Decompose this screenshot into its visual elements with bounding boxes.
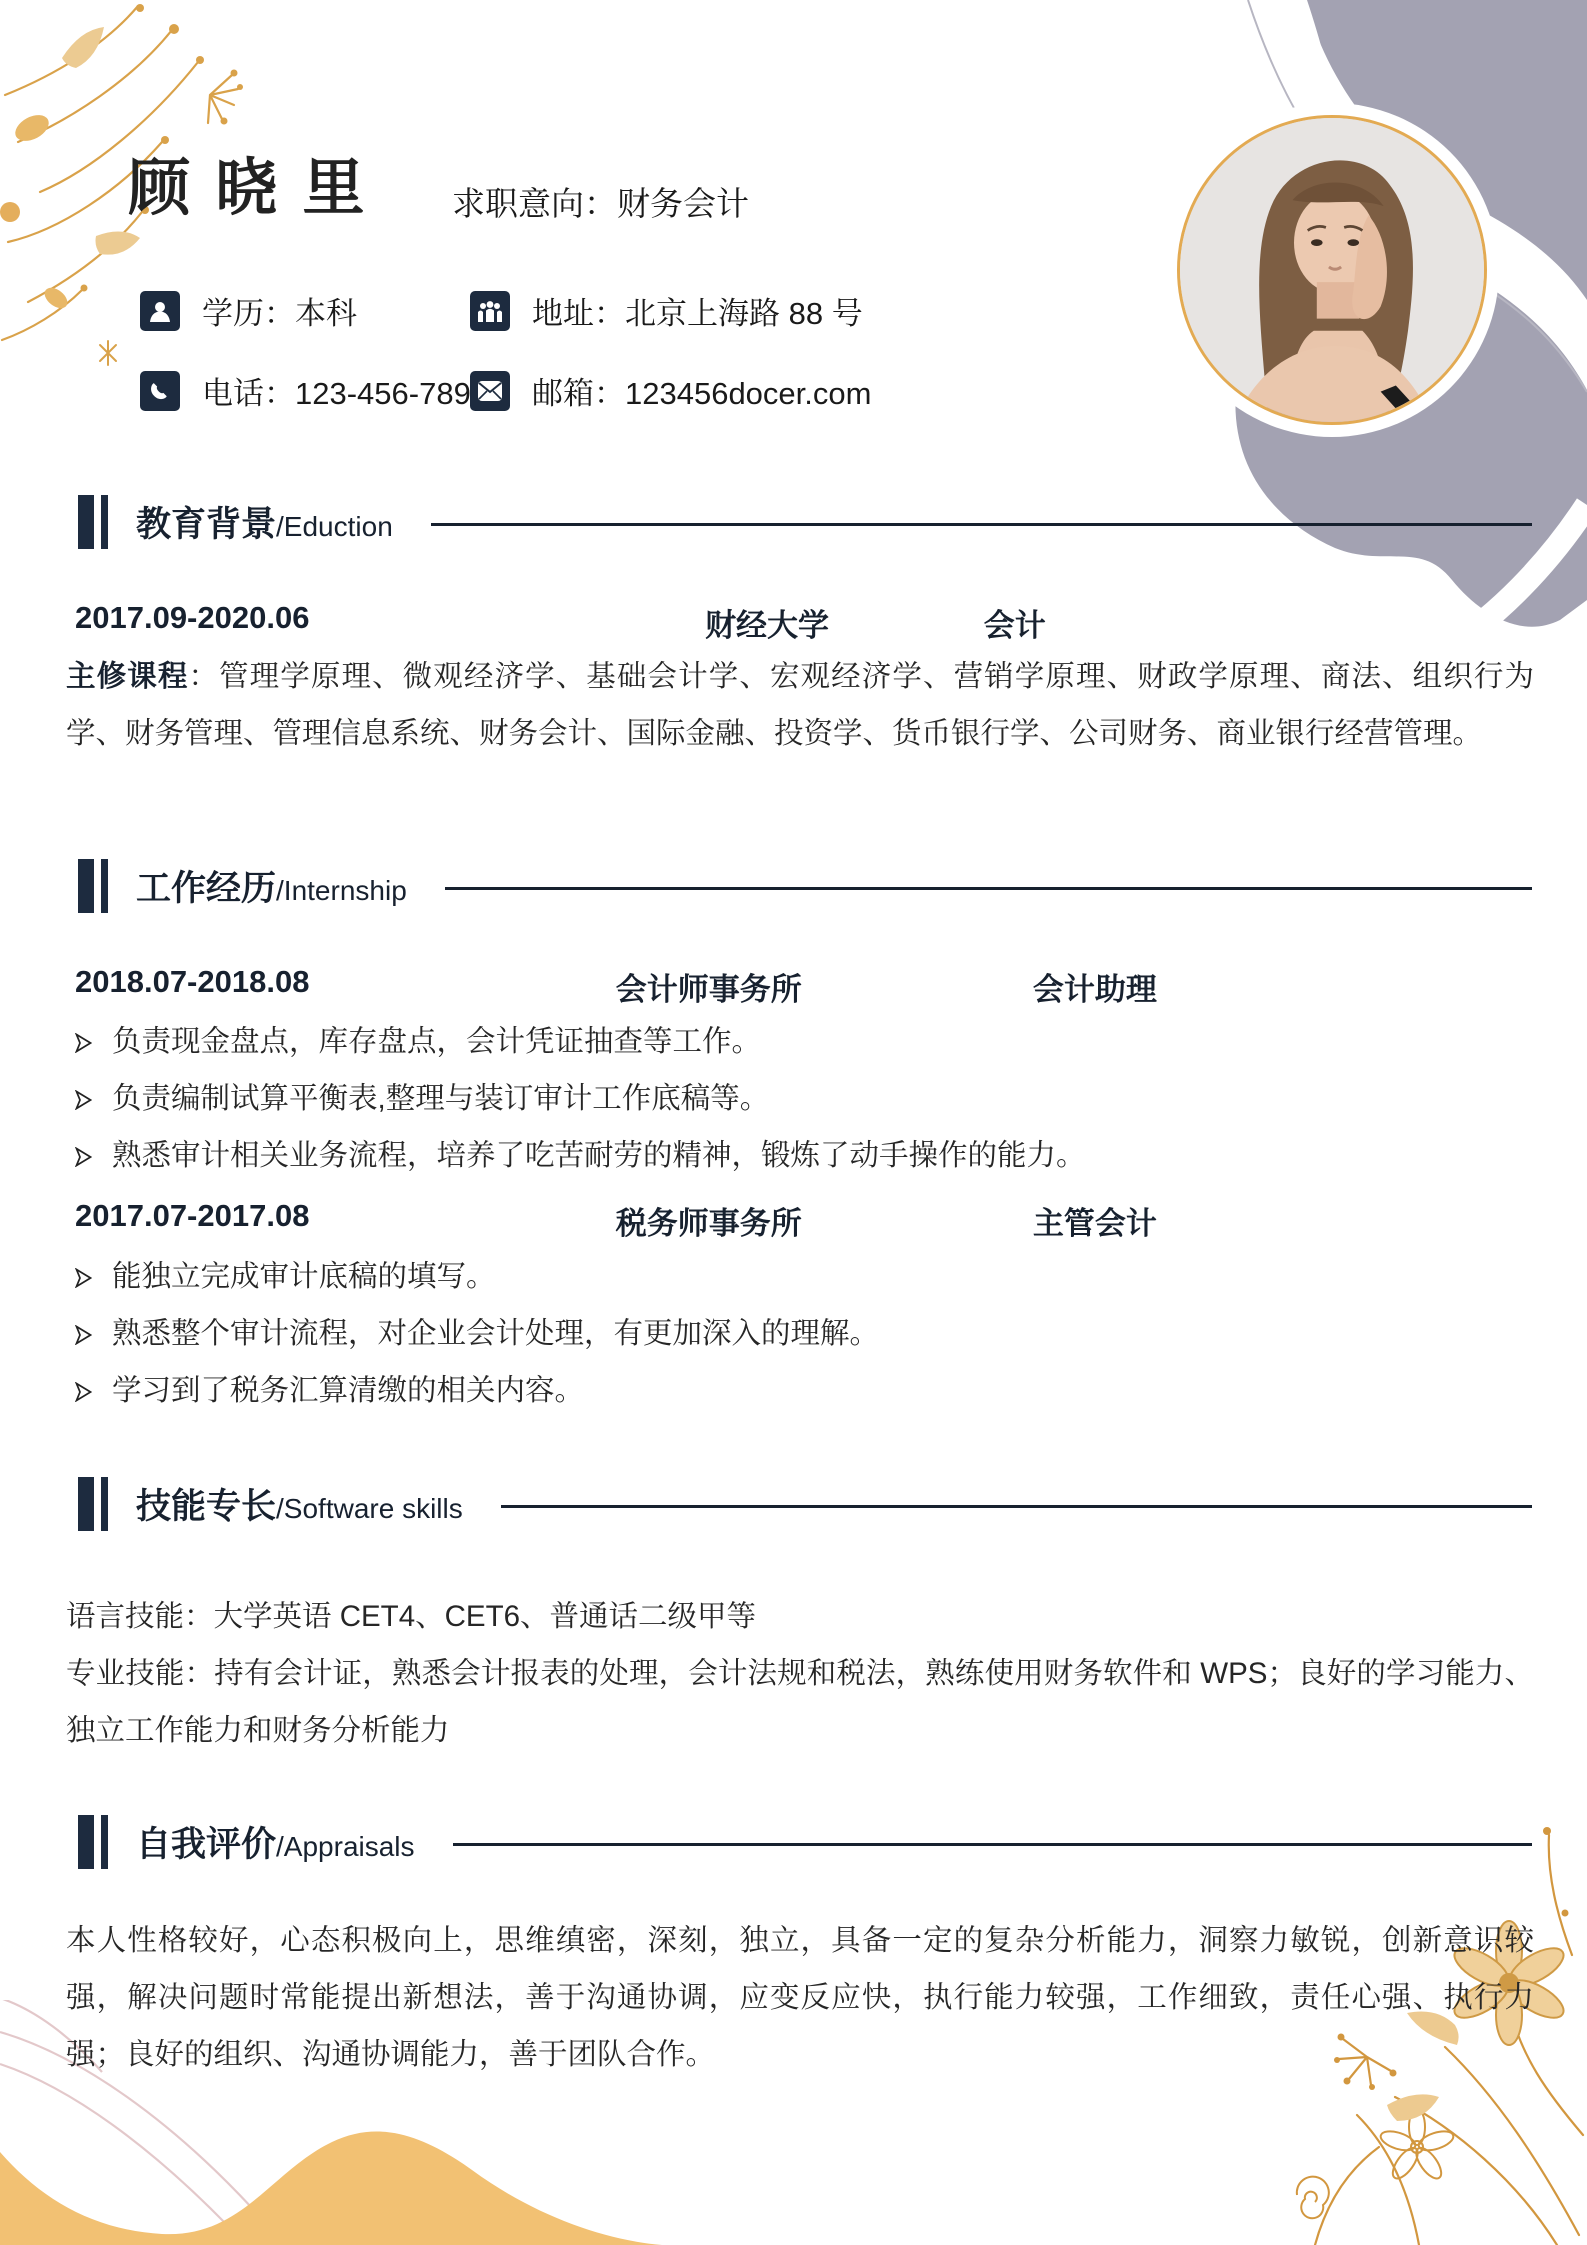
job-row: 2018.07-2018.08 会计师事务所 会计助理 (75, 964, 1532, 1008)
bullet-text: 熟悉整个审计流程，对企业会计处理，有更加深入的理解。 (112, 1305, 879, 1362)
section-rule-line (453, 1843, 1532, 1846)
envelope-icon (470, 371, 510, 411)
list-item: 熟悉审计相关业务流程，培养了吃苦耐劳的精神，锻炼了动手操作的能力。 (75, 1127, 1525, 1184)
bullet-text: 负责现金盘点，库存盘点，会计凭证抽查等工作。 (112, 1013, 761, 1070)
job-bullet-list: 能独立完成审计底稿的填写。 熟悉整个审计流程，对企业会计处理，有更加深入的理解。… (75, 1248, 1525, 1419)
section-header-appraisal: 自我评价 /Appraisals (78, 1814, 1532, 1870)
list-item: 学习到了税务汇算清缴的相关内容。 (75, 1362, 1525, 1419)
section-bar-icon (101, 495, 108, 549)
section-rule-line (431, 523, 1532, 526)
email-text: 邮箱：123456docer.com (532, 368, 871, 413)
contact-degree: 学历：本科 (140, 288, 357, 333)
section-title: 教育背景 /Eduction (136, 497, 393, 547)
contact-address: 地址：北京上海路 88 号 (470, 288, 863, 333)
section-bar-icon (78, 495, 94, 549)
section-bar-icon (78, 1477, 94, 1531)
section-header-skills: 技能专长 /Software skills (78, 1476, 1532, 1532)
job-position: 主管会计 (1033, 1198, 1157, 1243)
portrait-illustration (1180, 118, 1484, 422)
courses-text: ：管理学原理、微观经济学、基础会计学、宏观经济学、营销学原理、财政学原理、商法、… (66, 660, 1534, 750)
phone-icon (140, 371, 180, 411)
work-title-cn: 工作经历 (136, 861, 276, 911)
education-title-en: /Eduction (276, 511, 393, 543)
arrow-bullet-icon (75, 1364, 92, 1421)
section-header-work: 工作经历 /Internship (78, 858, 1532, 914)
arrow-bullet-icon (75, 1072, 92, 1129)
section-bar-icon (101, 1477, 108, 1531)
bullet-text: 负责编制试算平衡表,整理与装订审计工作底稿等。 (112, 1070, 769, 1127)
job-period: 2018.07-2018.08 (75, 964, 309, 1000)
degree-text: 学历：本科 (202, 288, 357, 333)
appraisal-title-en: /Appraisals (276, 1831, 415, 1863)
section-bar-icon (101, 859, 108, 913)
arrow-bullet-icon (75, 1250, 92, 1307)
section-rule-line (445, 887, 1532, 890)
list-item: 负责编制试算平衡表,整理与装订审计工作底稿等。 (75, 1070, 1525, 1127)
list-item: 负责现金盘点，库存盘点，会计凭证抽查等工作。 (75, 1013, 1525, 1070)
job-row: 2017.07-2017.08 税务师事务所 主管会计 (75, 1198, 1532, 1242)
skills-title-cn: 技能专长 (136, 1479, 276, 1529)
section-title: 工作经历 /Internship (136, 861, 407, 911)
skills-title-en: /Software skills (276, 1493, 463, 1525)
job-company: 会计师事务所 (616, 964, 802, 1009)
list-item: 能独立完成审计底稿的填写。 (75, 1248, 1525, 1305)
section-bar-icon (78, 859, 94, 913)
job-bullet-list: 负责现金盘点，库存盘点，会计凭证抽查等工作。 负责编制试算平衡表,整理与装订审计… (75, 1013, 1525, 1184)
courses-label: 主修课程 (66, 660, 188, 693)
section-title: 自我评价 /Appraisals (136, 1817, 415, 1867)
bullet-text: 能独立完成审计底稿的填写。 (112, 1248, 496, 1305)
education-period: 2017.09-2020.06 (75, 600, 309, 636)
profile-photo (1177, 115, 1487, 425)
appraisal-title-cn: 自我评价 (136, 1817, 276, 1867)
job-intention: 求职意向：财务会计 (452, 178, 749, 225)
language-skills-line: 语言技能：大学英语 CET4、CET6、普通话二级甲等 (66, 1588, 1534, 1645)
section-bar-icon (101, 1815, 108, 1869)
arrow-bullet-icon (75, 1015, 92, 1072)
major-courses-paragraph: 主修课程：管理学原理、微观经济学、基础会计学、宏观经济学、营销学原理、财政学原理… (66, 648, 1534, 762)
address-text: 地址：北京上海路 88 号 (532, 288, 863, 333)
education-title-cn: 教育背景 (136, 497, 276, 547)
bullet-text: 熟悉审计相关业务流程，培养了吃苦耐劳的精神，锻炼了动手操作的能力。 (112, 1127, 1086, 1184)
arrow-bullet-icon (75, 1129, 92, 1186)
section-rule-line (501, 1505, 1532, 1508)
bullet-text: 学习到了税务汇算清缴的相关内容。 (112, 1362, 584, 1419)
self-appraisal-paragraph: 本人性格较好，心态积极向上，思维缜密，深刻，独立，具备一定的复杂分析能力，洞察力… (66, 1912, 1534, 2083)
education-major: 会计 (984, 600, 1046, 645)
candidate-name: 顾 晓 里 (128, 138, 368, 227)
section-header-education: 教育背景 /Eduction (78, 494, 1532, 550)
job-company: 税务师事务所 (616, 1198, 802, 1243)
person-icon (140, 291, 180, 331)
section-bar-icon (78, 1815, 94, 1869)
arrow-bullet-icon (75, 1307, 92, 1364)
contact-email: 邮箱：123456docer.com (470, 368, 871, 413)
section-title: 技能专长 /Software skills (136, 1479, 463, 1529)
job-position: 会计助理 (1033, 964, 1157, 1009)
phone-text: 电话：123-456-7890 (202, 368, 488, 413)
education-row: 2017.09-2020.06 财经大学 会计 (75, 600, 1532, 644)
job-period: 2017.07-2017.08 (75, 1198, 309, 1234)
education-school: 财经大学 (705, 600, 829, 645)
work-title-en: /Internship (276, 875, 407, 907)
contact-phone: 电话：123-456-7890 (140, 368, 488, 413)
list-item: 熟悉整个审计流程，对企业会计处理，有更加深入的理解。 (75, 1305, 1525, 1362)
people-group-icon (470, 291, 510, 331)
professional-skills-line: 专业技能：持有会计证，熟悉会计报表的处理，会计法规和税法，熟练使用财务软件和 W… (66, 1645, 1534, 1759)
